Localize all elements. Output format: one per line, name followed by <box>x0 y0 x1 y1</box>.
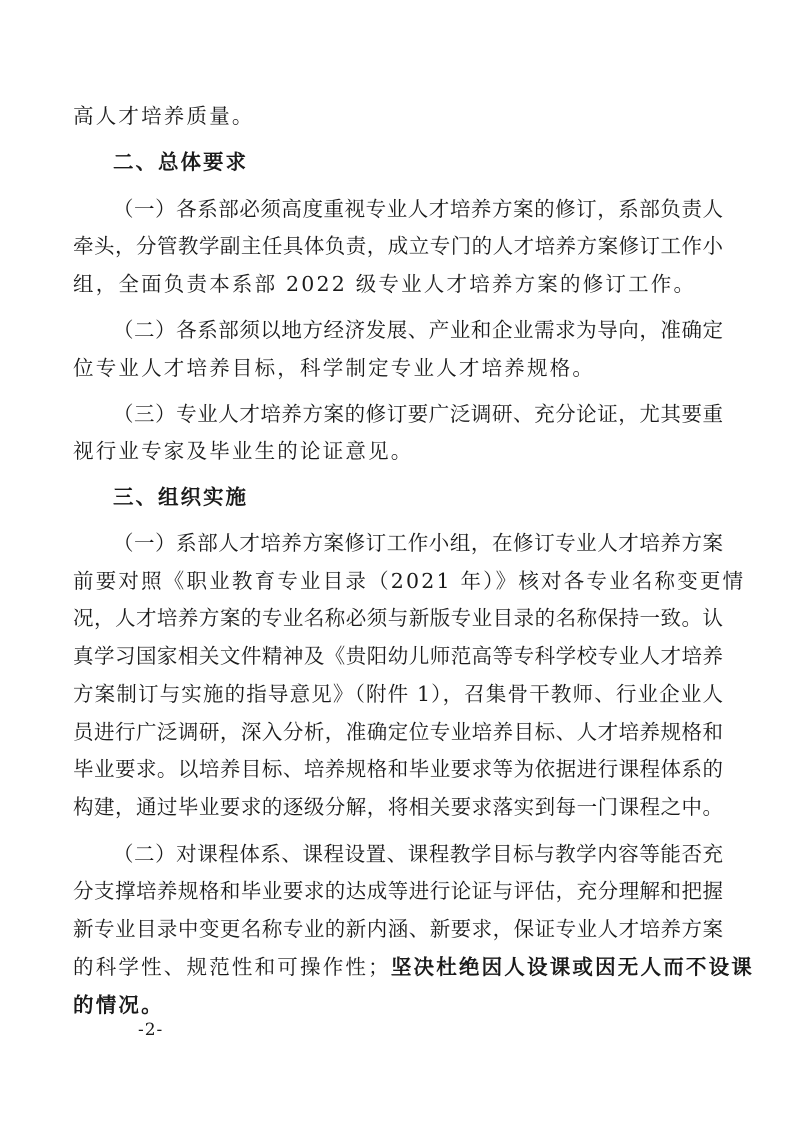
section-heading-general-requirements: 二、总体要求 <box>113 150 723 174</box>
section-heading-organization: 三、组织实施 <box>113 485 723 509</box>
page-number: -2- <box>138 1020 163 1040</box>
para-line: 视行业专家及毕业生的论证意见。 <box>73 439 723 463</box>
para-line: （三）专业人才培养方案的修订要广泛调研、充分论证，尤其要重 <box>113 402 723 426</box>
para-line-mixed: 的科学性、规范性和可操作性；坚决杜绝因人设课或因无人而不设课 <box>73 955 723 979</box>
para-line: 前要对照《职业教育专业目录（2021 年）》核对各专业名称变更情 <box>73 569 723 593</box>
para-line: （一）系部人才培养方案修订工作小组，在修订专业人才培养方案 <box>113 531 723 555</box>
para-line: 员进行广泛调研，深入分析，准确定位专业培养目标、人才培养规格和 <box>73 720 723 744</box>
para-line: 毕业要求。以培养目标、培养规格和毕业要求等为依据进行课程体系的 <box>73 757 723 781</box>
para-line: 况，人才培养方案的专业名称必须与新版专业目录的名称保持一致。认 <box>73 606 723 630</box>
para-line: 分支撑培养规格和毕业要求的达成等进行论证与评估，充分理解和把握 <box>73 879 723 903</box>
para-line: 牵头，分管教学副主任具体负责，成立专门的人才培养方案修订工作小 <box>73 234 723 258</box>
para-line: （二）对课程体系、课程设置、课程教学目标与教学内容等能否充 <box>113 842 723 866</box>
para-line: （一）各系部必须高度重视专业人才培养方案的修订，系部负责人 <box>113 197 723 221</box>
para-intro-end: 高人才培养质量。 <box>73 104 723 128</box>
para-line: 真学习国家相关文件精神及《贵阳幼儿师范高等专科学校专业人才培养 <box>73 644 723 668</box>
emphasis-text: 坚决杜绝因人设课或因无人而不设课 <box>391 955 754 979</box>
para-line: 新专业目录中变更名称专业的新内涵、新要求，保证专业人才培养方案 <box>73 917 723 941</box>
para-line: 方案制订与实施的指导意见》（附件 1），召集骨干教师、行业企业人 <box>73 682 723 706</box>
emphasis-line: 的情况。 <box>73 993 723 1017</box>
plain-text: 的科学性、规范性和可操作性； <box>73 955 391 979</box>
para-line: 构建，通过毕业要求的逐级分解，将相关要求落实到每一门课程之中。 <box>73 795 723 819</box>
para-line: 位专业人才培养目标，科学制定专业人才培养规格。 <box>73 356 723 380</box>
para-line: （二）各系部须以地方经济发展、产业和企业需求为导向，准确定 <box>113 318 723 342</box>
para-line: 组，全面负责本系部 2022 级专业人才培养方案的修订工作。 <box>73 272 723 296</box>
